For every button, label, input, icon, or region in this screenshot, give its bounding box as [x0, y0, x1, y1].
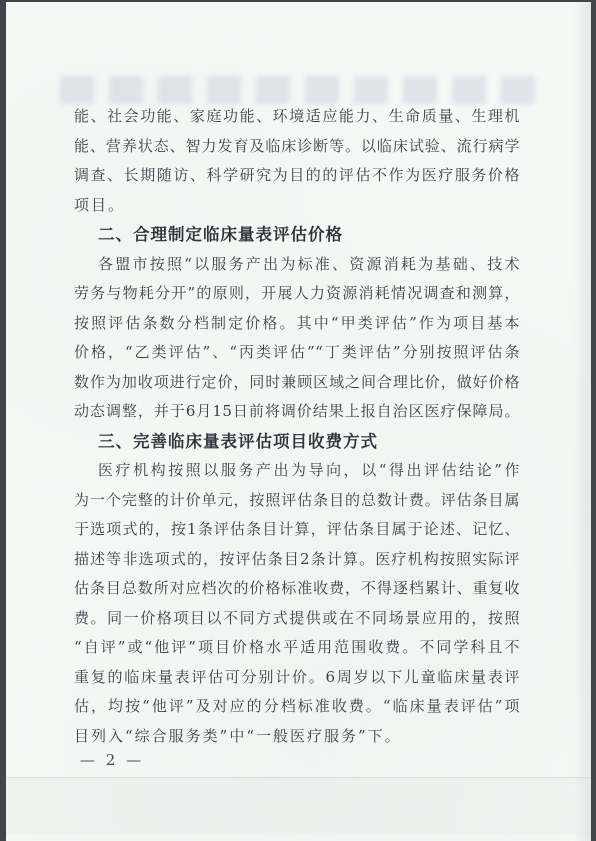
- text-line: 调查、长期随访、科学研究为目的的评估不作为医疗服务价格: [74, 161, 520, 191]
- text-line: 为一个完整的计价单元，按照评估条目的总数计费。评估条目属: [74, 486, 520, 516]
- text-line: 于选项式的，按1条评估条目计算，评估条目属于论述、记忆、: [74, 515, 520, 545]
- text-line: 重复的临床量表评估可分别计价。6周岁以下儿童临床量表评: [74, 663, 520, 693]
- scanned-page: 能、社会功能、家庭功能、环境适应能力、生命质量、生理机 能、营养状态、智力发育及…: [6, 2, 591, 841]
- text-line: 各盟市按照“以服务产出为标准、资源消耗为基础、技术: [74, 250, 520, 280]
- text-line: 能、社会功能、家庭功能、环境适应能力、生命质量、生理机: [74, 102, 520, 132]
- page-number: — 2 —: [80, 746, 144, 775]
- section-heading: 三、完善临床量表评估项目收费方式: [74, 427, 520, 457]
- bleed-through-ghost-text: [60, 76, 543, 104]
- section-heading: 二、合理制定临床量表评估价格: [74, 220, 520, 250]
- text-line: 数作为加收项进行定价，同时兼顾区域之间合理比价，做好价格: [74, 368, 520, 398]
- footer-scan-area: [6, 778, 591, 835]
- text-line: 动态调整，并于6月15日前将调价结果上报自治区医疗保障局。: [74, 397, 520, 427]
- text-line: 估条目总数所对应档次的价格标准收费，不得逐档累计、重复收: [74, 574, 520, 604]
- scan-edge-shading: [573, 2, 591, 841]
- text-line: 按照评估条数分档制定价格。其中“甲类评估”作为项目基本: [74, 309, 520, 339]
- text-line: “自评”或“他评”项目价格水平适用范围收费。不同学科且不: [74, 633, 520, 663]
- text-line: 费。同一价格项目以不同方式提供或在不同场景应用的，按照: [74, 604, 520, 634]
- text-line: 医疗机构按照以服务产出为导向，以“得出评估结论”作: [74, 456, 520, 486]
- text-line: 描述等非选项式的，按评估条目2条计算。医疗机构按照实际评: [74, 545, 520, 575]
- text-line: 能、营养状态、智力发育及临床诊断等。以临床试验、流行病学: [74, 132, 520, 162]
- text-line: 劳务与物耗分开”的原则，开展人力资源消耗情况调查和测算，: [74, 279, 520, 309]
- text-line: 项目。: [74, 191, 520, 221]
- text-line: 估，均按“他评”及对应的分档标准收费。“临床量表评估”项: [74, 692, 520, 722]
- document-body: 能、社会功能、家庭功能、环境适应能力、生命质量、生理机 能、营养状态、智力发育及…: [74, 102, 520, 751]
- text-line: 价格，“乙类评估”、“丙类评估”“丁类评估”分别按照评估条: [74, 338, 520, 368]
